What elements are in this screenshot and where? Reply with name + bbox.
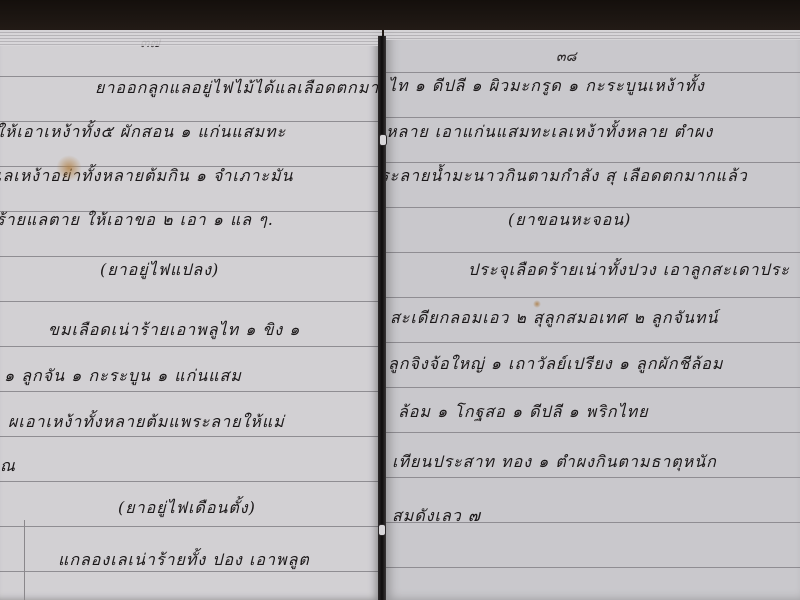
text-line: หลาย เอาแก่นแสมทะเลเหง้าทั้งหลาย ตำผง: [386, 120, 713, 145]
text-line: สะเดียกลอมเอว ๒ สุลูกสมอเทศ ๒ ลูกจันทน์: [390, 306, 718, 331]
text-line: ณ: [0, 454, 16, 479]
text-line: ผเอาเหง้าทั้งหลายต้มแพระลายให้แม่: [8, 410, 285, 435]
book-binding-gutter: [378, 36, 386, 600]
text-line: เลเหง้าอย่าทั้งหลายต้มกิน ๑ จำเภาะมัน: [0, 164, 293, 189]
text-line: ระลายน้ำมะนาวกินตามกำลัง สุ เลือดตกมากแล…: [384, 164, 748, 189]
text-line: สมดังเลว ๗: [392, 504, 481, 529]
paper-stain: [533, 300, 541, 308]
page-stack-edge: [0, 30, 382, 46]
text-line: เทียนประสาท ทอง ๑ ตำผงกินตามธาตุหนัก: [392, 450, 717, 475]
text-line: ล้อม ๑ โกฐสอ ๑ ดีปลี ๑ พริกไทย: [398, 400, 649, 425]
binding-stitch: [378, 524, 386, 536]
text-line: ให้เอาเหง้าทั้ง๕ ผักสอน ๑ แก่นแสมทะ: [0, 120, 286, 145]
dark-background: [0, 0, 800, 34]
page-number: ๓๘: [556, 46, 576, 68]
section-heading: (ยาอยู่ไฟเดือนตั้ง): [118, 496, 256, 521]
text-line: แกลองเลเน่าร้ายทั้ง ปอง เอาพลูต: [58, 548, 310, 573]
text-line: ไท ๑ ดีปลี ๑ ผิวมะกรูด ๑ กะระบูนเหง้าทั้…: [388, 74, 705, 99]
text-line: ยาออกลูกแลอยู่ไฟไม้ได้แลเลือดตกมาก: [95, 76, 382, 101]
text-line: ประจุเลือดร้ายเน่าทั้งปวง เอาลูกสะเดาประ: [468, 258, 790, 283]
text-line: ขมเลือดเน่าร้ายเอาพลูไท ๑ ขิง ๑: [48, 318, 300, 343]
paper-stain: [56, 155, 82, 181]
margin-line: [24, 520, 25, 600]
text-line: ลูกจิงจ้อใหญ่ ๑ เถาวัลย์เปรียง ๑ ลูกผักช…: [388, 352, 723, 377]
section-heading: (ยาขอนหะจอน): [508, 208, 631, 233]
right-page: ๓๘ ไท ๑ ดีปลี ๑ ผิวมะกรูด ๑ กะระบูนเหง้า…: [384, 30, 800, 600]
page-stack-edge: [384, 30, 800, 40]
text-line: ร้ายแลตาย ให้เอาขอ ๒ เอา ๑ แล ๆ.: [0, 208, 274, 233]
text-line: ๑ ลูกจัน ๑ กะระบูน ๑ แก่นแสม: [4, 364, 242, 389]
left-page: ๓๗ ยาออกลูกแลอยู่ไฟไม้ได้แลเลือดตกมาก ให…: [0, 30, 382, 600]
section-heading: (ยาอยู่ไฟแปลง): [100, 258, 219, 283]
binding-stitch: [379, 134, 387, 146]
